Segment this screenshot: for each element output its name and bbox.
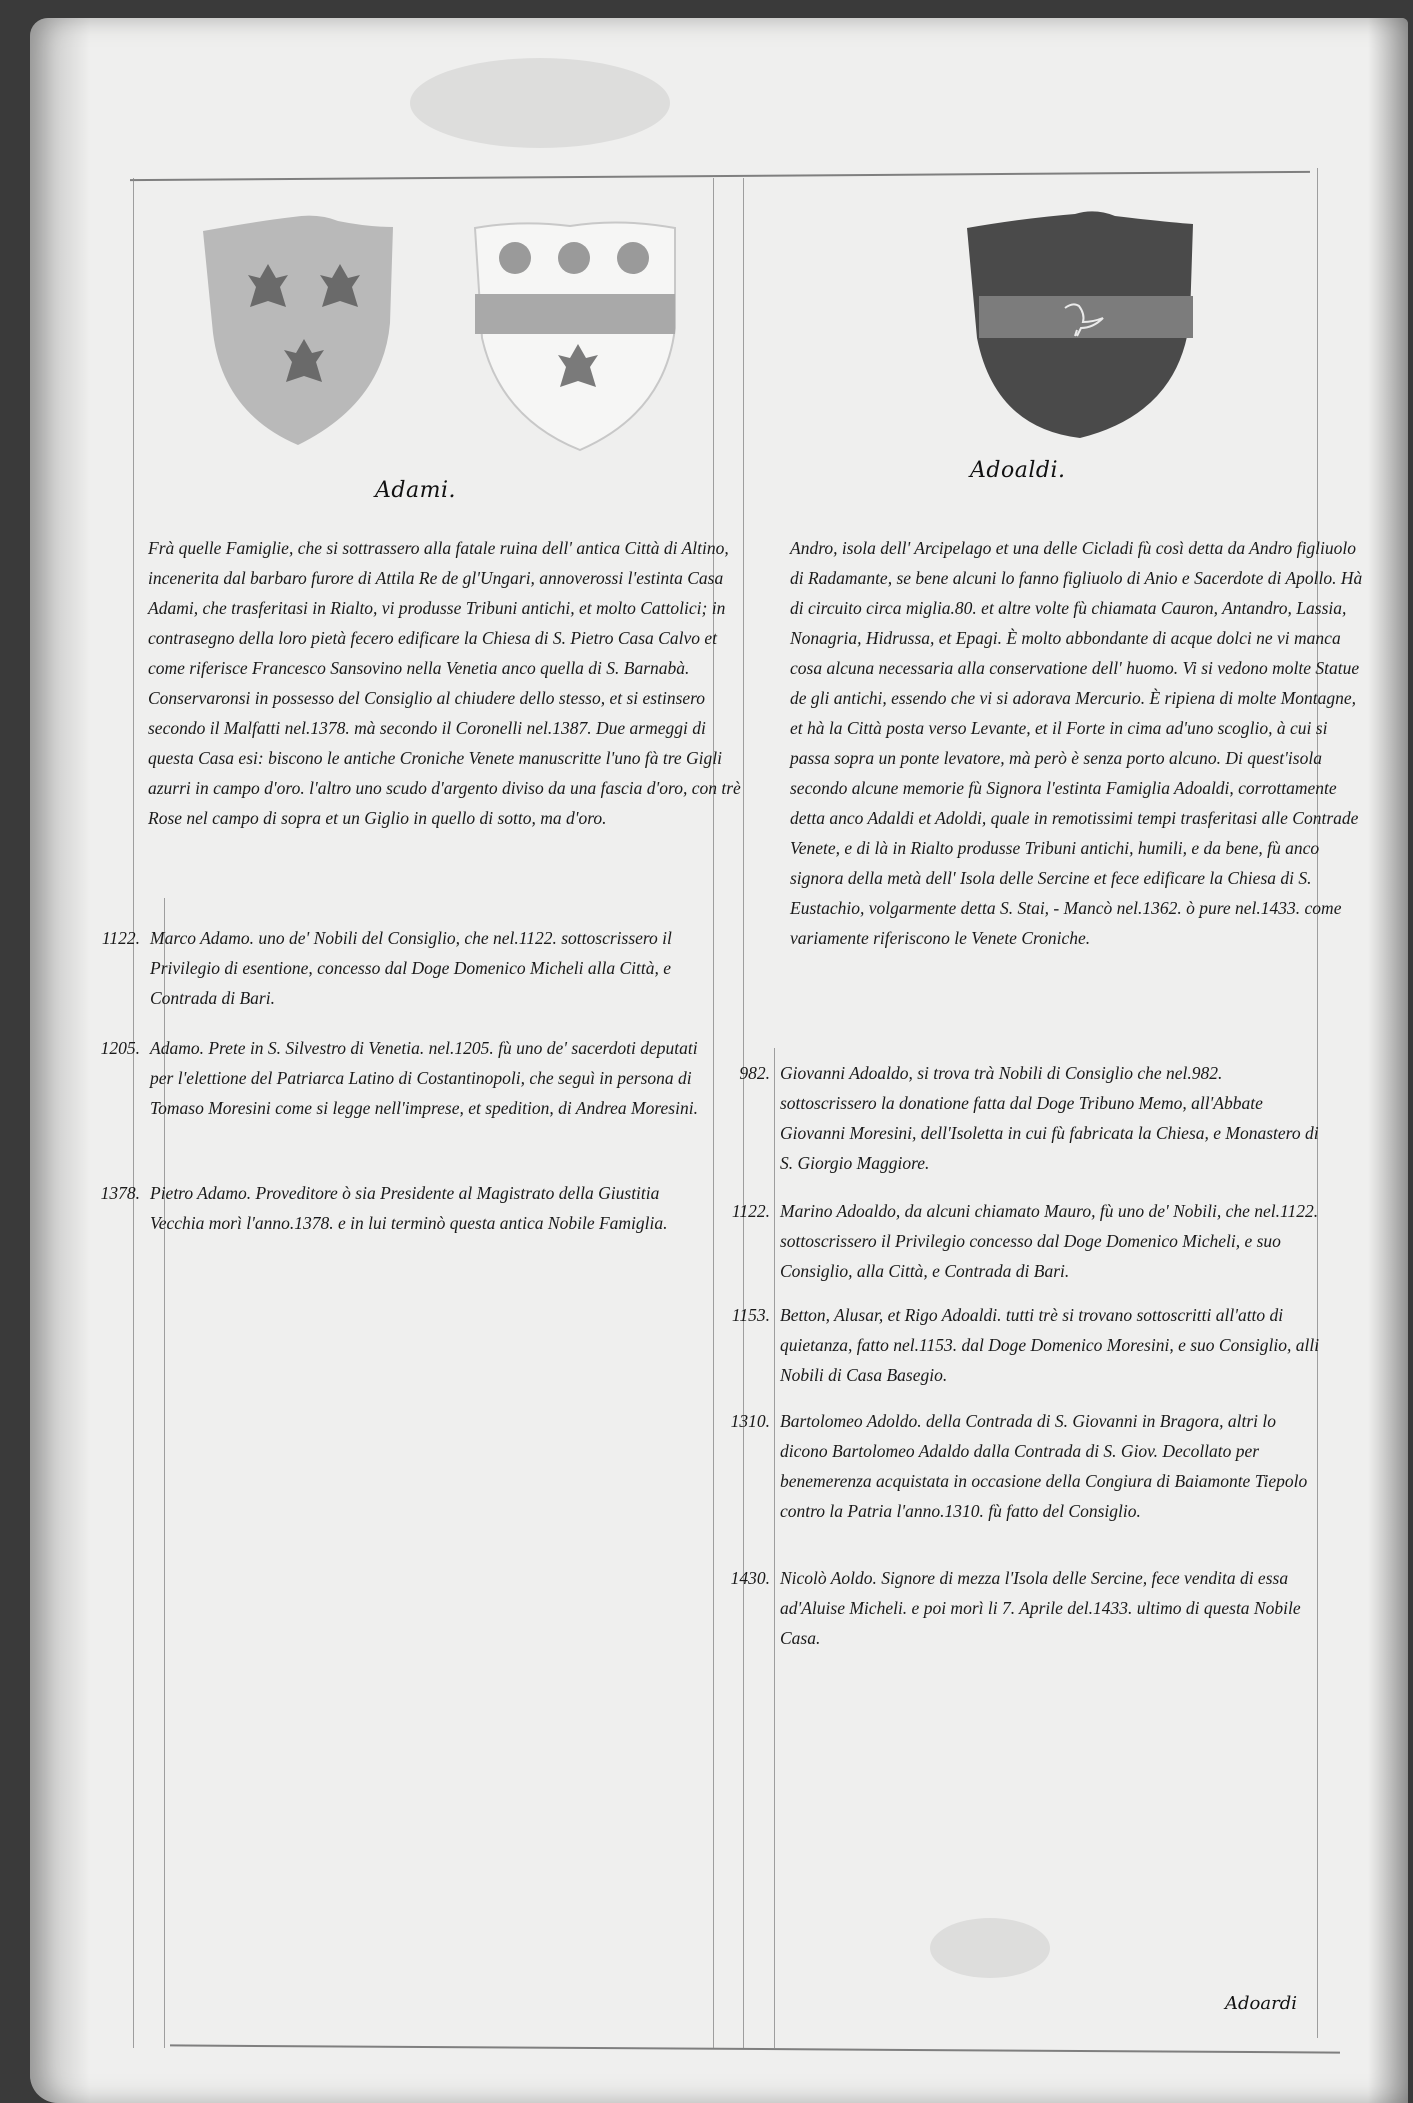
bottom-rule	[170, 2044, 1340, 2053]
entry-year: 1153.	[710, 1300, 770, 1330]
family-title-adoaldi: Adoaldi.	[970, 458, 1065, 483]
right-year-rule	[774, 1048, 775, 2048]
entry-year: 1122.	[710, 1196, 770, 1226]
intro-adoaldi: Andro, isola dell' Arcipelago et una del…	[790, 533, 1365, 953]
top-rule	[130, 171, 1310, 181]
shield-adami-roses-icon	[470, 218, 680, 458]
left-margin-rule	[133, 178, 134, 2048]
entry-year: 1430.	[710, 1563, 770, 1593]
entry-year: 1122.	[80, 923, 140, 953]
manuscript-page: Adami. Adoaldi. Frà quelle Famiglie, che…	[30, 18, 1408, 2103]
entry-text: Betton, Alusar, et Rigo Adoaldi. tutti t…	[780, 1300, 1320, 1390]
shield-adoaldi-icon	[965, 208, 1195, 448]
intro-adami: Frà quelle Famiglie, che si sottrassero …	[148, 533, 748, 833]
entry-year: 1310.	[710, 1406, 770, 1436]
paper-stain	[930, 1918, 1050, 1978]
entry-text: Bartolomeo Adoldo. della Contrada di S. …	[780, 1406, 1320, 1526]
catchword: Adoardi	[1225, 1993, 1297, 2014]
entry-text: Marco Adamo. uno de' Nobili del Consigli…	[150, 923, 710, 1013]
entry-year: 982.	[710, 1058, 770, 1088]
entry-text: Nicolò Aoldo. Signore di mezza l'Isola d…	[780, 1563, 1320, 1653]
entry-text: Giovanni Adoaldo, si trova trà Nobili di…	[780, 1058, 1320, 1178]
entry-text: Adamo. Prete in S. Silvestro di Venetia.…	[150, 1033, 710, 1123]
entry-year: 1378.	[80, 1178, 140, 1208]
shield-adami-lilies-icon	[198, 213, 398, 453]
right-col-left-rule	[743, 178, 744, 2048]
center-divider-rule	[713, 178, 714, 2048]
entry-text: Marino Adoaldo, da alcuni chiamato Mauro…	[780, 1196, 1320, 1286]
entry-text: Pietro Adamo. Proveditore ò sia Presiden…	[150, 1178, 710, 1238]
family-title-adami: Adami.	[375, 478, 456, 503]
entry-year: 1205.	[80, 1033, 140, 1063]
paper-stain	[410, 58, 670, 148]
intro-adoaldi-text: Andro, isola dell' Arcipelago et una del…	[790, 538, 1362, 948]
